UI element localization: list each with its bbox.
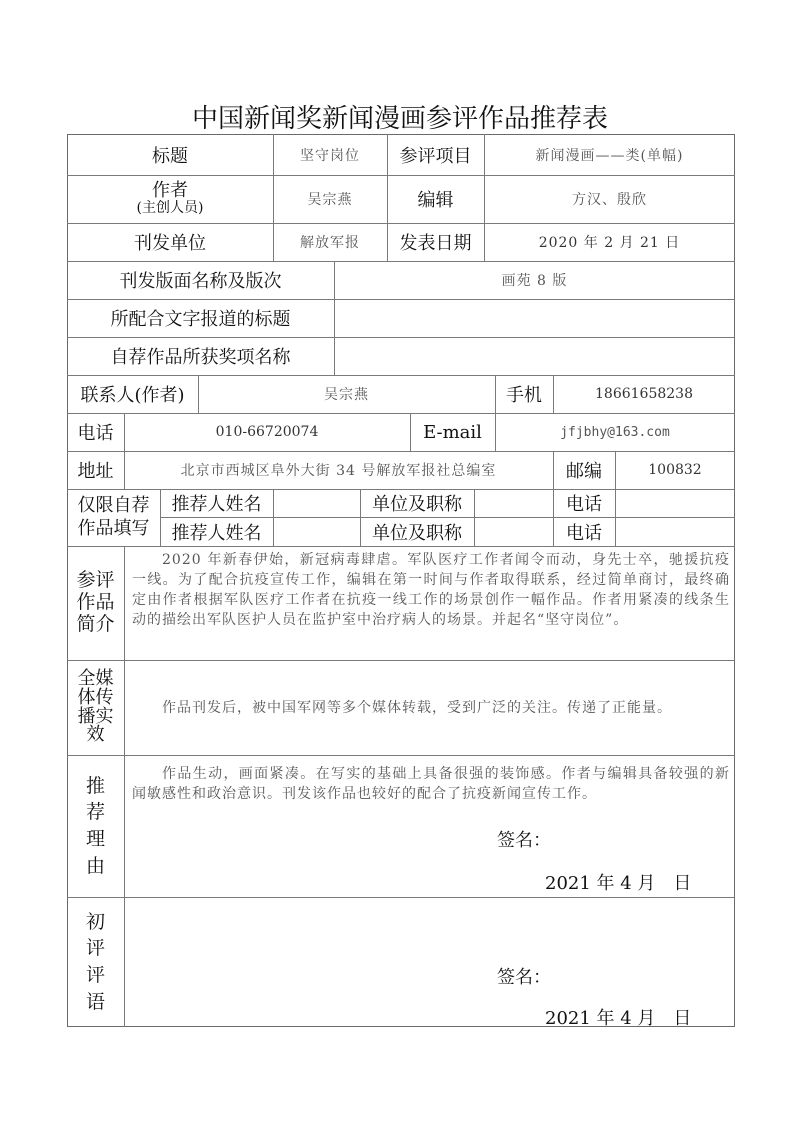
reason-label: 推 荐 理 由: [67, 755, 124, 897]
reason-signature-label: 签名：: [497, 826, 551, 852]
intro-label-line: 作品: [76, 592, 114, 614]
related-report-value[interactable]: [334, 299, 735, 337]
recommender-phone-value[interactable]: [615, 517, 735, 546]
row-divider: [67, 660, 735, 661]
intro-label-line: 参评: [76, 570, 114, 592]
mobile-label: 手机: [495, 375, 553, 413]
row-divider: [67, 897, 735, 898]
recommender-unit-label: 单位及职称: [360, 517, 474, 546]
review-date: 2021 年 4 月 日: [545, 1004, 691, 1030]
recommender-unit-value[interactable]: [474, 489, 553, 517]
recommender-phone-label: 电话: [553, 489, 615, 517]
editor-label: 编辑: [387, 175, 484, 223]
author-label: 作者: [152, 181, 188, 201]
author-value[interactable]: 吴宗燕: [273, 175, 387, 223]
effect-label-line: 效: [87, 726, 105, 745]
address-label: 地址: [67, 451, 124, 489]
self-rec-label-line1: 仅限自荐: [78, 495, 150, 518]
publisher-label: 刊发单位: [67, 223, 273, 261]
author-label-cell: 作者 (主创人员): [67, 175, 273, 223]
review-label-line: 语: [86, 989, 105, 1016]
awards-value[interactable]: [334, 337, 735, 375]
review-label: 初 评 评 语: [67, 897, 124, 1027]
title-label: 标题: [67, 134, 273, 175]
recommender-phone-label: 电话: [553, 517, 615, 546]
author-sublabel: (主创人员): [137, 201, 204, 216]
row-divider: [67, 546, 735, 547]
page-label: 刊发版面名称及版次: [67, 261, 334, 299]
recommender-name-label: 推荐人姓名: [160, 517, 273, 546]
reason-label-line: 荐: [86, 799, 105, 826]
row-divider: [67, 755, 735, 756]
review-label-line: 初: [86, 909, 105, 936]
mobile-value[interactable]: 18661658238: [553, 375, 735, 413]
reason-label-line: 由: [86, 853, 105, 880]
category-value[interactable]: 新闻漫画——类(单幅): [484, 134, 735, 175]
contact-value[interactable]: 吴宗燕: [198, 375, 495, 413]
phone-label: 电话: [67, 413, 124, 451]
self-rec-label-line2: 作品填写: [78, 518, 150, 541]
intro-text[interactable]: 2020 年新春伊始，新冠病毒肆虐。军队医疗工作者闻令而动，身先士卒，驰援抗疫一…: [132, 550, 730, 630]
intro-label-line: 简介: [76, 614, 114, 636]
effect-label-line: 全媒: [78, 670, 114, 689]
recommender-name-label: 推荐人姓名: [160, 489, 273, 517]
effect-label-line: 体传: [78, 689, 114, 708]
form-title: 中国新闻奖新闻漫画参评作品推荐表: [0, 98, 800, 135]
reason-text[interactable]: 作品生动，画面紧凑。在写实的基础上具备很强的装饰感。作者与编辑具备较强的新闻敏感…: [132, 764, 730, 804]
address-value[interactable]: 北京市西城区阜外大街 34 号解放军报社总编室: [124, 451, 553, 489]
related-report-label: 所配合文字报道的标题: [67, 299, 334, 337]
category-label: 参评项目: [387, 134, 484, 175]
contact-label: 联系人(作者): [67, 375, 198, 413]
effect-text[interactable]: 作品刊发后，被中国军网等多个媒体转载，受到广泛的关注。传递了正能量。: [132, 698, 730, 718]
postcode-value[interactable]: 100832: [615, 451, 735, 489]
self-rec-label: 仅限自荐 作品填写: [67, 489, 160, 546]
col-divider: [124, 546, 125, 1027]
email-label: E-mail: [410, 413, 495, 451]
recommender-unit-value[interactable]: [474, 517, 553, 546]
reason-label-line: 理: [86, 826, 105, 853]
editor-value[interactable]: 方汉、殷欣: [484, 175, 735, 223]
page-value[interactable]: 画苑 8 版: [334, 261, 735, 299]
publisher-value[interactable]: 解放军报: [273, 223, 387, 261]
intro-label: 参评 作品 简介: [67, 546, 124, 660]
reason-label-line: 推: [86, 773, 105, 800]
review-signature-label: 签名：: [497, 963, 551, 989]
reason-date: 2021 年 4 月 日: [545, 869, 691, 895]
recommender-unit-label: 单位及职称: [360, 489, 474, 517]
email-value[interactable]: jfjbhy@163.com: [495, 413, 735, 451]
recommender-phone-value[interactable]: [615, 489, 735, 517]
postcode-label: 邮编: [553, 451, 615, 489]
date-value[interactable]: 2020 年 2 月 21 日: [484, 223, 735, 261]
effect-label: 全媒 体传 播实 效: [67, 660, 124, 755]
awards-label: 自荐作品所获奖项名称: [67, 337, 334, 375]
review-label-line: 评: [86, 935, 105, 962]
recommender-name-value[interactable]: [273, 517, 360, 546]
phone-value[interactable]: 010-66720074: [124, 413, 410, 451]
title-value[interactable]: 坚守岗位: [273, 134, 387, 175]
date-label: 发表日期: [387, 223, 484, 261]
recommender-name-value[interactable]: [273, 489, 360, 517]
review-label-line: 评: [86, 962, 105, 989]
